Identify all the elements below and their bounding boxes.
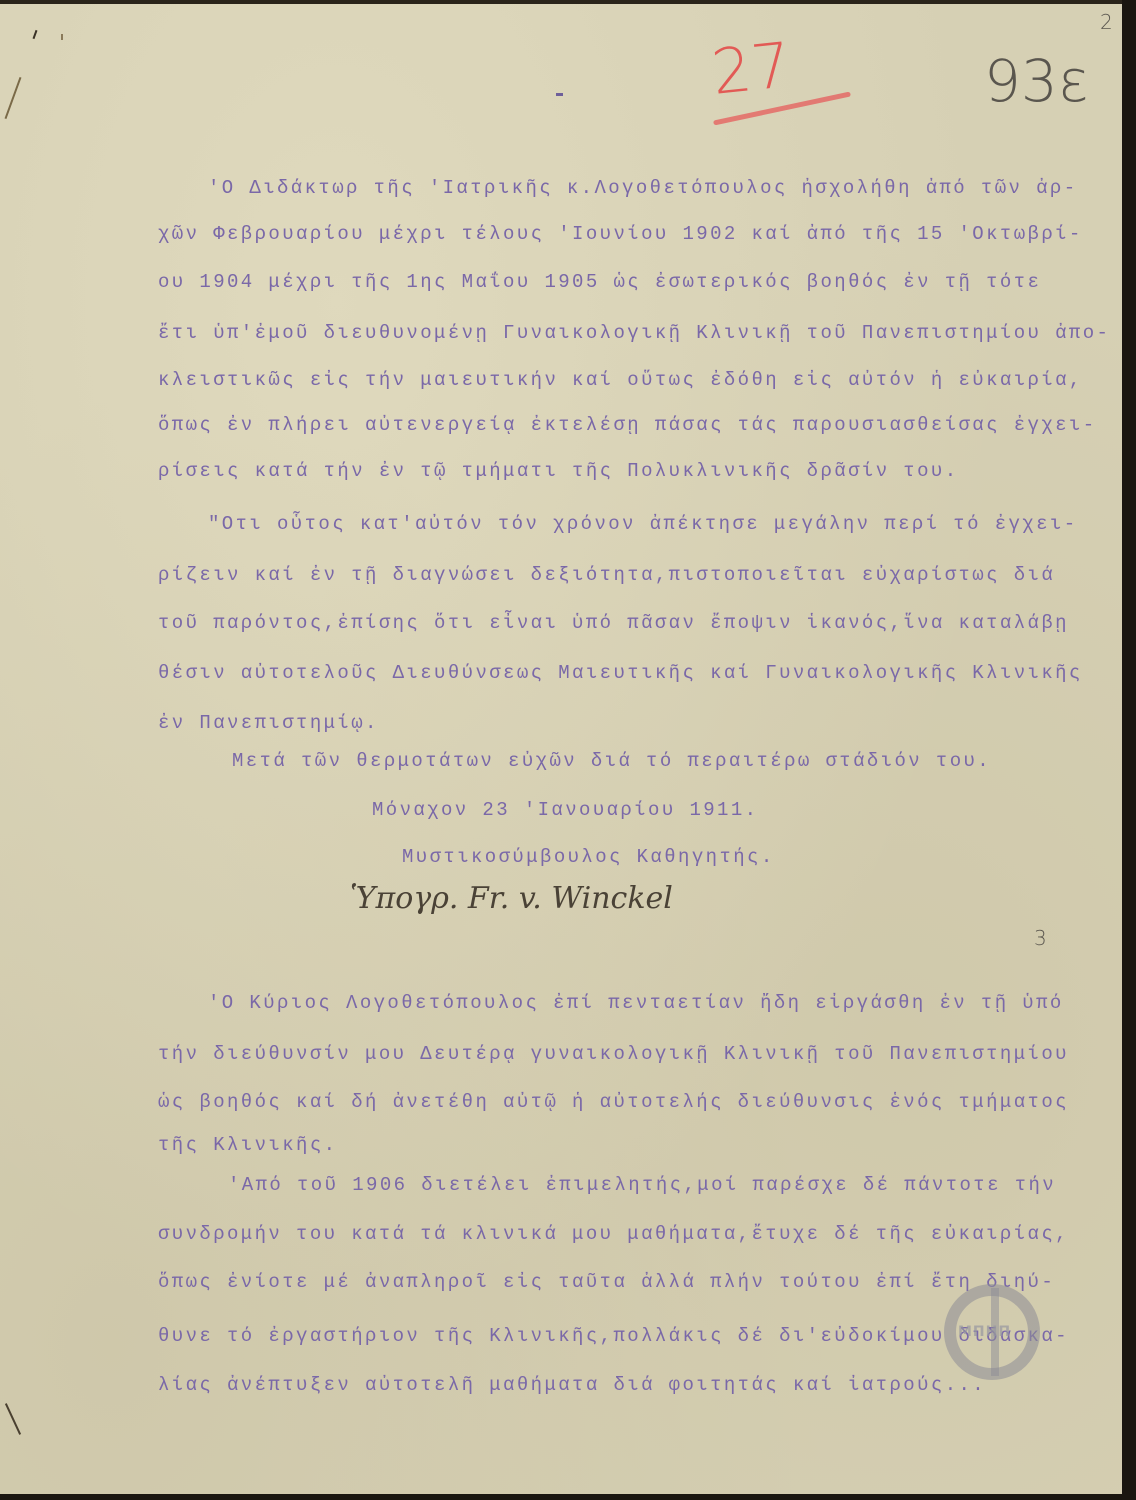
text-line: χῶν Φεβρουαρίου μέχρι τέλους 'Ιουνίου 19… [158, 225, 1083, 244]
text-line: "Οτι οὗτος κατ'αὐτόν τόν χρόνον ἀπέκτησε… [208, 515, 1078, 534]
text-line: θέσιν αὐτοτελοῦς Διευθύνσεως Μαιευτικῆς … [158, 664, 1083, 683]
text-line: συνδρομήν του κατά τά κλινικά μου μαθήμα… [158, 1225, 1069, 1244]
text-line: ἔτι ὑπ'ἐμοῦ διευθυνομένῃ Γυναικολογικῇ Κ… [158, 324, 1110, 343]
typed-dash-mark [556, 93, 563, 96]
text-line: ρίσεις κατά τήν ἐν τῷ τμήματι τῆς Πολυκλ… [158, 462, 959, 481]
margin-tick [33, 30, 38, 39]
text-line: ρίζειν καί ἐν τῇ διαγνώσει δεξιότητα,πισ… [158, 566, 1055, 585]
text-line: λίας ἀνέπτυξεν αὐτοτελῆ μαθήματα διά φοι… [158, 1376, 986, 1395]
margin-tick [61, 34, 63, 40]
red-folio-number: 27 [709, 34, 794, 104]
text-line: τῆς Κλινικῆς. [158, 1136, 337, 1155]
margin-pencil-stroke [5, 1403, 21, 1435]
text-line: ὅπως ἐν πλήρει αὐτενεργείᾳ ἐκτελέσῃ πάσα… [158, 416, 1097, 435]
text-line: ὡς βοηθός καί δή ἀνετέθη αὐτῷ ἡ αὐτοτελή… [158, 1093, 1069, 1112]
margin-pencil-stroke [5, 77, 22, 119]
text-line: ὅπως ἐνίοτε μέ ἀναπληροῖ εἰς ταῦτα ἀλλά … [158, 1273, 1055, 1292]
corner-page-number: 2 [1100, 12, 1113, 32]
document-page: 27 93ε 2 'Ο Διδάκτωρ τῆς 'Ιατρικῆς κ.Λογ… [0, 0, 1122, 1494]
text-line: ου 1904 μέχρι τῆς 1ης Μαΐου 1905 ὡς ἐσωτ… [158, 273, 1041, 292]
place-date: Μόναχον 23 'Ιανουαρίου 1911. [372, 801, 758, 820]
archive-stamp-label: ΜΠΗΠ [958, 1324, 1011, 1340]
text-line: Μετά τῶν θερμοτάτων εὐχῶν διά τό περαιτέ… [232, 752, 991, 771]
text-line: 'Ο Διδάκτωρ τῆς 'Ιατρικῆς κ.Λογοθετόπουλ… [208, 179, 1078, 198]
text-line: θυνε τό ἐργαστήριον τῆς Κλινικῆς,πολλάκι… [158, 1327, 1069, 1346]
text-line: 'Από τοῦ 1906 διετέλει ἐπιμελητής,μοί πα… [228, 1176, 1056, 1195]
signer-title: Μυστικοσύμβουλος Καθηγητής. [402, 848, 775, 867]
text-line: ἐν Πανεπιστημίῳ. [158, 714, 379, 733]
signature: Ὑπογρ. Fr. v. Winckel [350, 884, 673, 914]
text-line: 'Ο Κύριος Λογοθετόπουλος ἐπί πενταετίαν … [208, 994, 1064, 1013]
text-line: τήν διεύθυνσίν μου Δευτέρᾳ γυναικολογικῇ… [158, 1045, 1069, 1064]
section-number: 3 [1034, 928, 1047, 948]
text-line: κλειστικῶς εἰς τήν μαιευτικήν καί οὕτως … [158, 371, 1083, 390]
text-line: τοῦ παρόντος,ἐπίσης ὅτι εἶναι ὑπό πᾶσαν … [158, 614, 1069, 633]
pencil-folio-number: 93ε [984, 52, 1089, 110]
